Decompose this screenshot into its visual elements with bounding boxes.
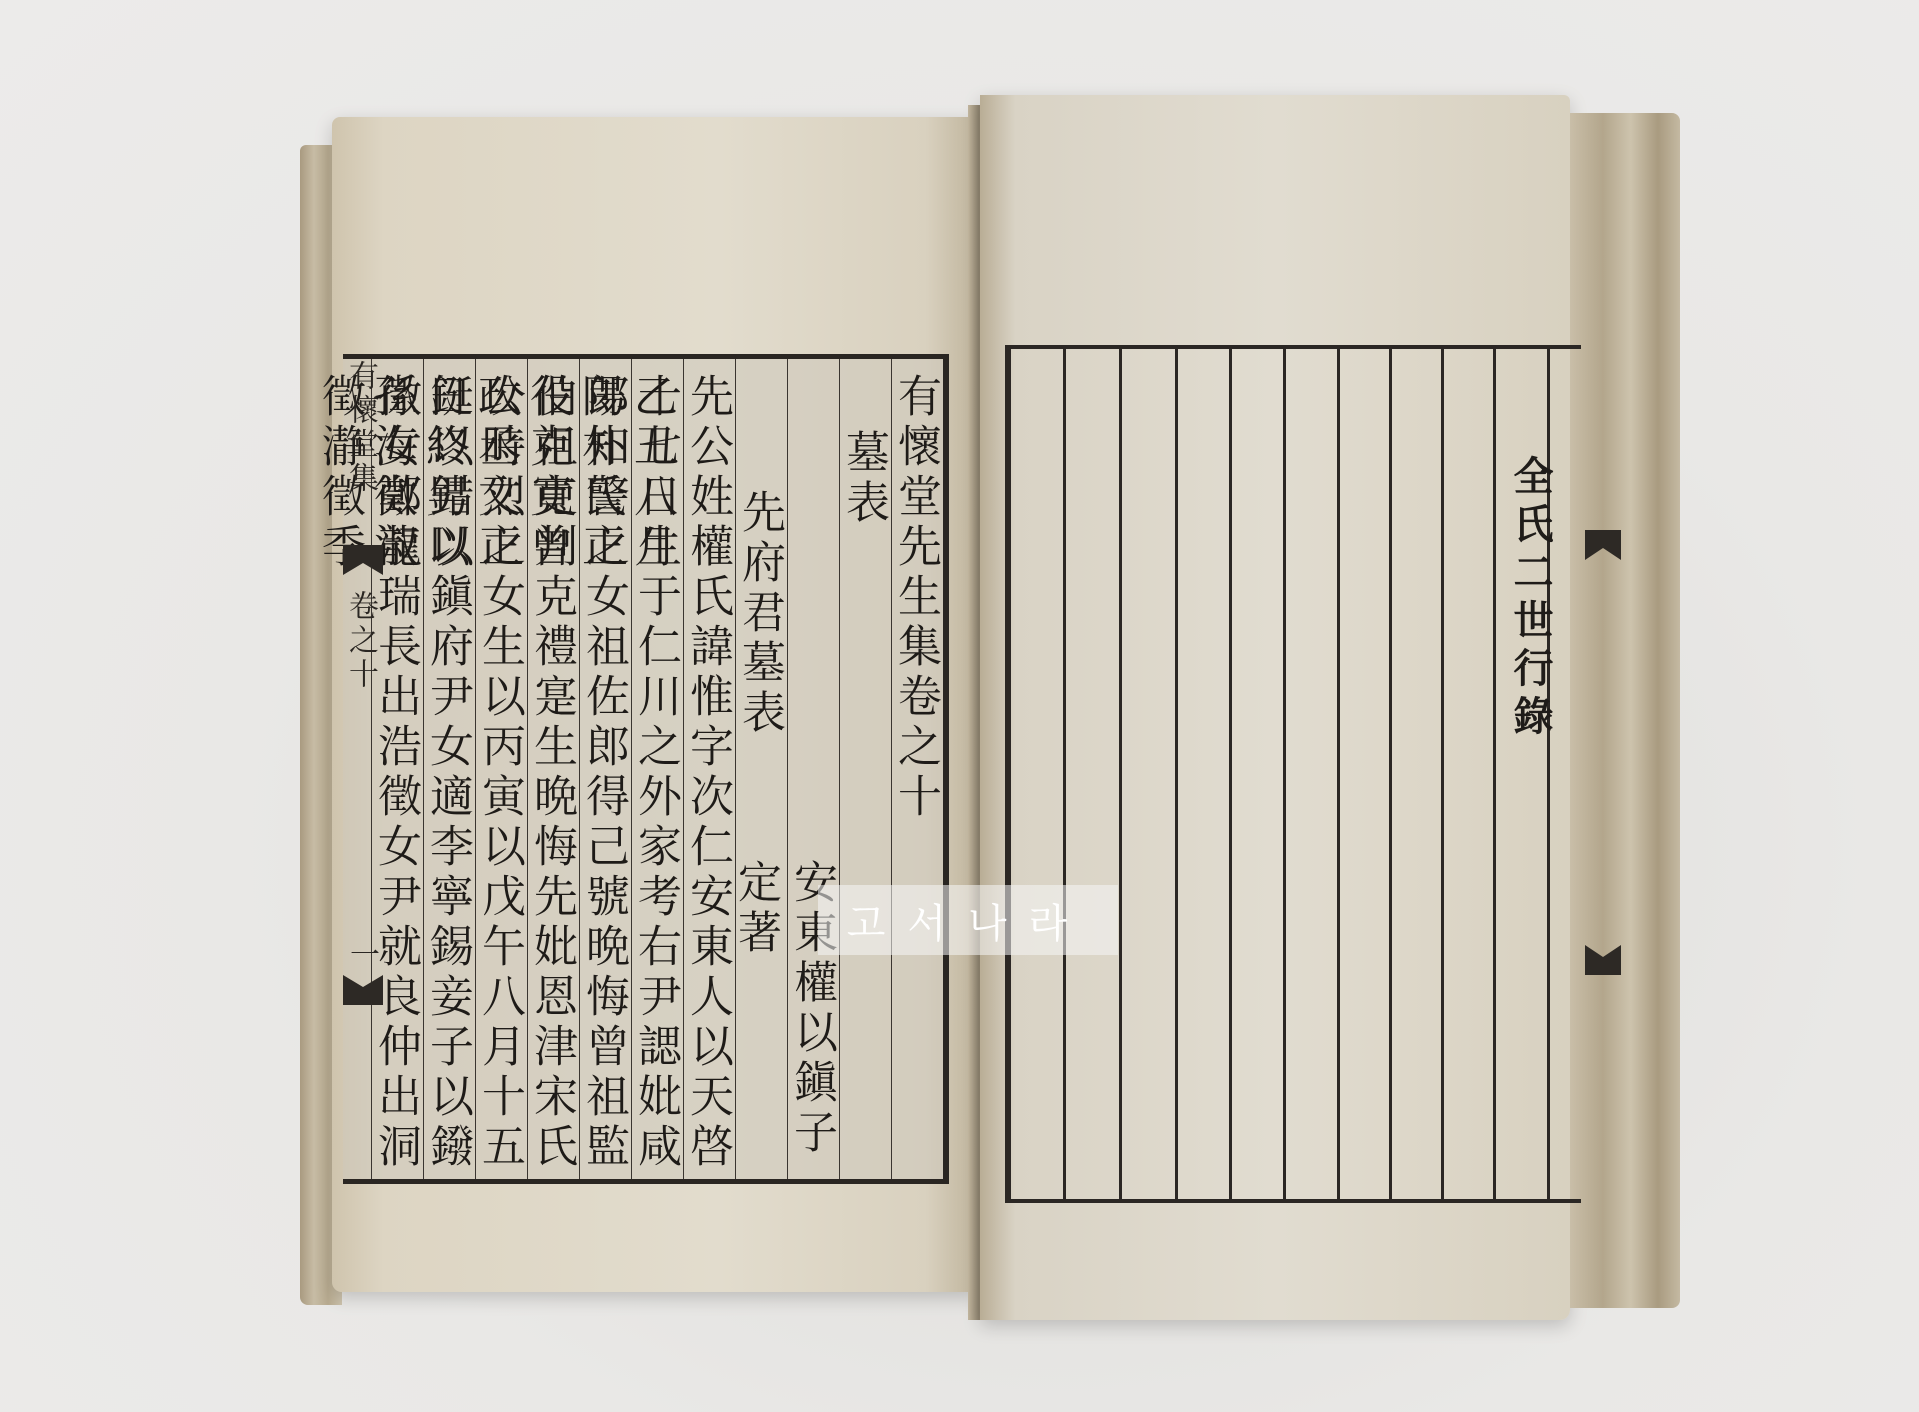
column-rule (1283, 349, 1286, 1199)
block-margin-volume: 卷之十 (340, 590, 380, 790)
author-line-ghost: 安東權以鎭子定著 (787, 359, 839, 1179)
column-rule (1063, 349, 1066, 1199)
right-page-stack (1570, 113, 1680, 1308)
column-rule (1389, 349, 1392, 1199)
piece-title: 先府君墓表 (735, 359, 787, 1179)
body-column-6: 鋌以錯以鎭府尹女適李寧錫妾子以鏺孫海徵淑 (423, 359, 475, 1179)
column-rule (1175, 349, 1178, 1199)
body-column-5: 公時烈之女生以丙寅以戊午八月十五日終男以 (475, 359, 527, 1179)
column-rule (1493, 349, 1496, 1199)
right-ruled-frame (1005, 345, 1581, 1203)
body-column-2: 十七日生于仁川之外家考右尹諰妣咸陽朴氏正 (631, 359, 683, 1179)
genre-heading: 墓表 (839, 359, 891, 1179)
margin-book-title: 有懷堂集 (343, 360, 378, 496)
column-rule (1119, 349, 1122, 1199)
column-rule (1229, 349, 1232, 1199)
column-rule (1337, 349, 1340, 1199)
margin-folio-number: 一 (350, 930, 380, 974)
right-page-title: 全氏二世行錄 (1502, 455, 1559, 743)
column-rule (1441, 349, 1444, 1199)
collection-title: 有懷堂先生集卷之十 (891, 359, 943, 1179)
margin-volume: 卷之十 (343, 590, 378, 692)
left-text-frame: 有懷堂先生集卷之十 墓表 安東權以鎭子定著 先府君墓表 先公姓權氏諱惟字次仁安東… (343, 354, 949, 1184)
body-column-1: 先公姓權氏諱惟字次仁安東人以天啓乙丑八月 (683, 359, 735, 1179)
watermark: 고서나라 (818, 885, 1118, 955)
body-column-4: 伯祖吏判克禮寔生晩悔先妣恩津宋氏政丞文正 (527, 359, 579, 1179)
body-column-3: 郎知警之女祖佐郎得己號晩悔曾祖監役克寬曾 (579, 359, 631, 1179)
